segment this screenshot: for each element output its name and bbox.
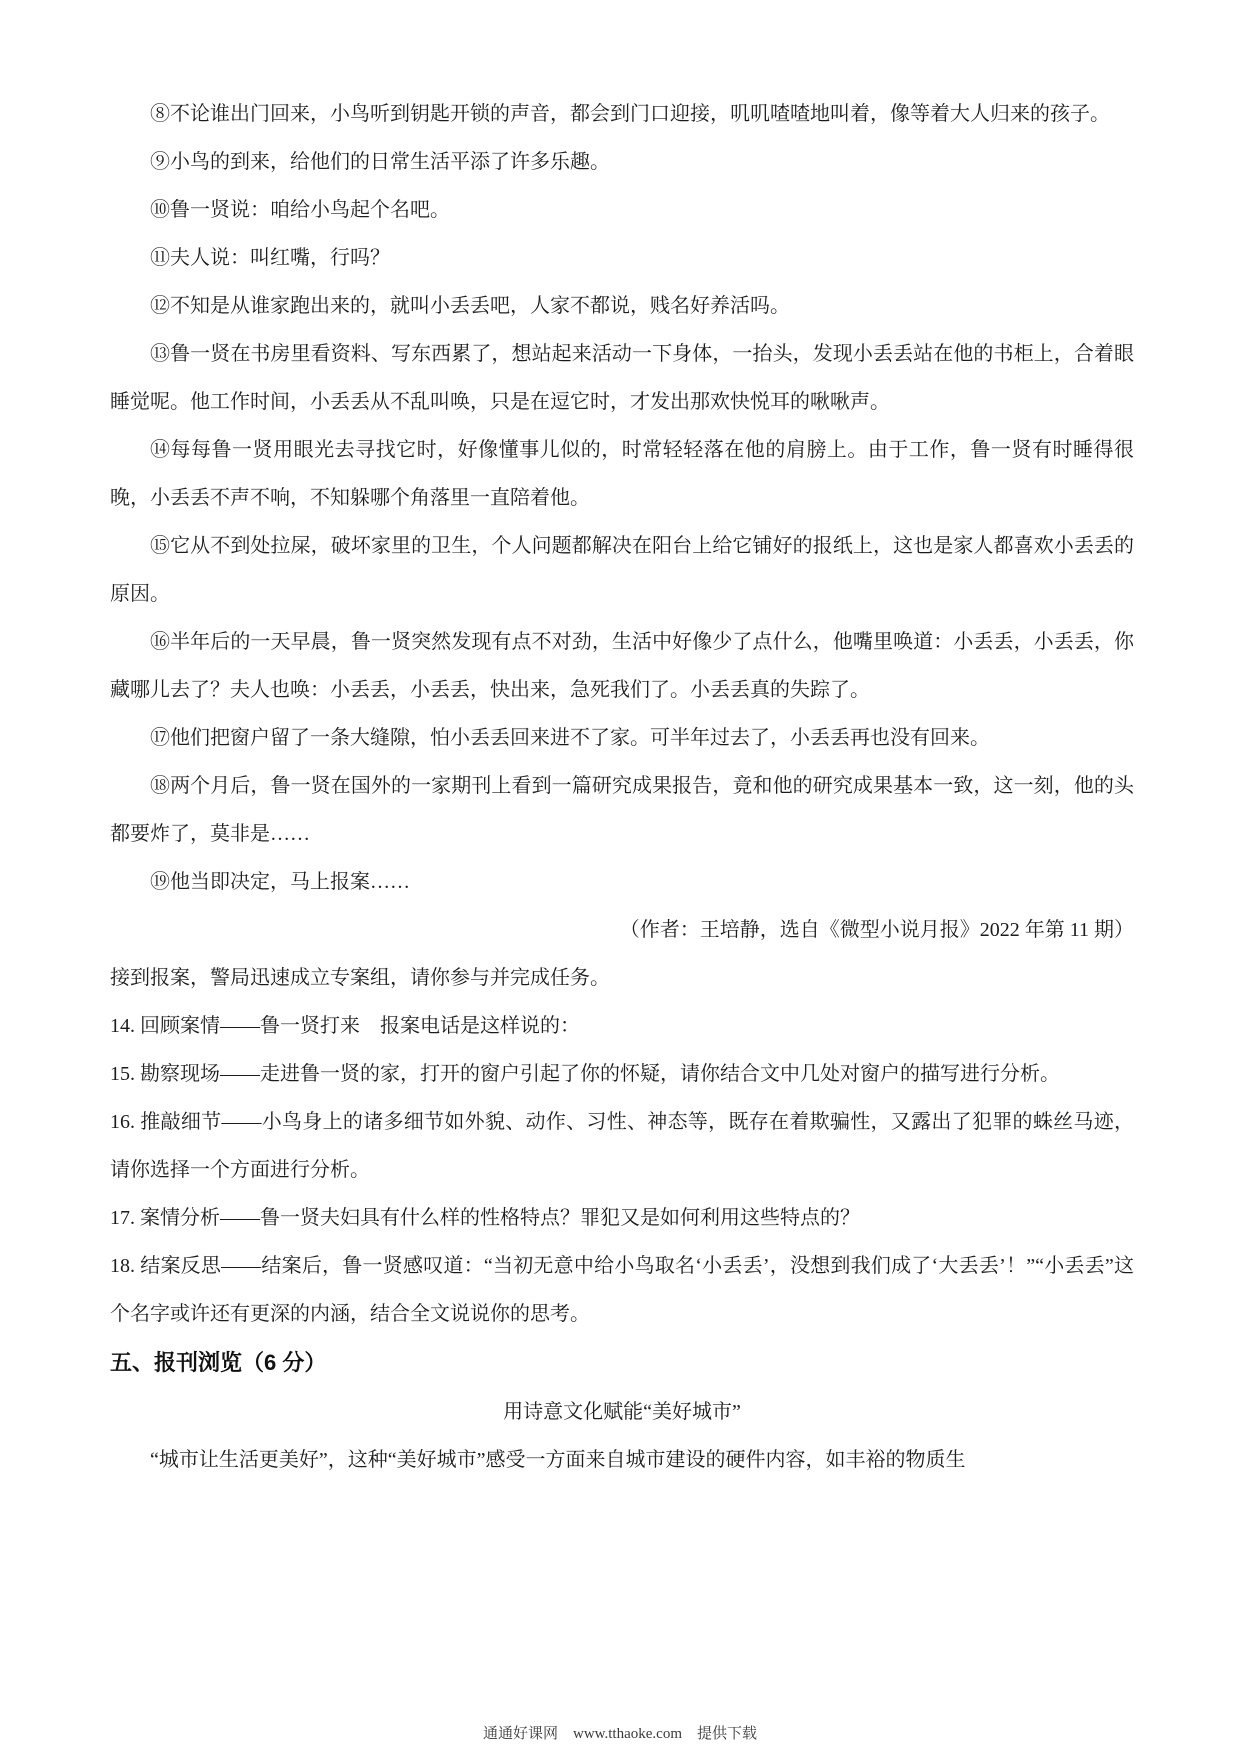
story-paragraph-11: ⑪夫人说：叫红嘴，行吗？ [110, 234, 1134, 282]
story-paragraph-13: ⑬鲁一贤在书房里看资料、写东西累了，想站起来活动一下身体，一抬头，发现小丢丢站在… [110, 330, 1134, 426]
question-14: 14. 回顾案情——鲁一贤打来 报案电话是这样说的： [110, 1002, 1134, 1050]
source-attribution: （作者：王培静，选自《微型小说月报》2022 年第 11 期） [110, 906, 1134, 954]
story-paragraph-17: ⑰他们把窗户留了一条大缝隙，怕小丢丢回来进不了家。可半年过去了，小丢丢再也没有回… [110, 714, 1134, 762]
exam-paper-page: ⑧不论谁出门回来，小鸟听到钥匙开锁的声音，都会到门口迎接，叽叽喳喳地叫着，像等着… [0, 0, 1240, 1754]
question-17: 17. 案情分析——鲁一贤夫妇具有什么样的性格特点？罪犯又是如何利用这些特点的？ [110, 1194, 1134, 1242]
question-18: 18. 结案反思——结案后，鲁一贤感叹道：“当初无意中给小鸟取名‘小丢丢’，没想… [110, 1242, 1134, 1338]
task-intro: 接到报案，警局迅速成立专案组，请你参与并完成任务。 [110, 954, 1134, 1002]
story-paragraph-12: ⑫不知是从谁家跑出来的，就叫小丢丢吧，人家不都说，贱名好养活吗。 [110, 282, 1134, 330]
section-5-heading: 五、报刊浏览（6 分） [110, 1338, 1134, 1388]
story-paragraph-10: ⑩鲁一贤说：咱给小鸟起个名吧。 [110, 186, 1134, 234]
story-paragraph-9: ⑨小鸟的到来，给他们的日常生活平添了许多乐趣。 [110, 138, 1134, 186]
essay-paragraph-1: “城市让生活更美好”，这种“美好城市”感受一方面来自城市建设的硬件内容，如丰裕的… [110, 1436, 1134, 1484]
story-paragraph-19: ⑲他当即决定，马上报案…… [110, 858, 1134, 906]
essay-title: 用诗意文化赋能“美好城市” [110, 1388, 1134, 1436]
story-paragraph-16: ⑯半年后的一天早晨，鲁一贤突然发现有点不对劲，生活中好像少了点什么，他嘴里唤道：… [110, 618, 1134, 714]
question-16: 16. 推敲细节——小鸟身上的诸多细节如外貌、动作、习性、神态等，既存在着欺骗性… [110, 1098, 1134, 1194]
story-paragraph-14: ⑭每每鲁一贤用眼光去寻找它时，好像懂事儿似的，时常轻轻落在他的肩膀上。由于工作，… [110, 426, 1134, 522]
story-paragraph-15: ⑮它从不到处拉屎，破坏家里的卫生，个人问题都解决在阳台上给它铺好的报纸上，这也是… [110, 522, 1134, 618]
question-15: 15. 勘察现场——走进鲁一贤的家，打开的窗户引起了你的怀疑，请你结合文中几处对… [110, 1050, 1134, 1098]
story-paragraph-8: ⑧不论谁出门回来，小鸟听到钥匙开锁的声音，都会到门口迎接，叽叽喳喳地叫着，像等着… [110, 90, 1134, 138]
page-content: ⑧不论谁出门回来，小鸟听到钥匙开锁的声音，都会到门口迎接，叽叽喳喳地叫着，像等着… [110, 90, 1134, 1484]
story-paragraph-18: ⑱两个月后，鲁一贤在国外的一家期刊上看到一篇研究成果报告，竟和他的研究成果基本一… [110, 762, 1134, 858]
page-footer: 通通好课网 www.tthaoke.com 提供下载 [0, 1724, 1240, 1744]
